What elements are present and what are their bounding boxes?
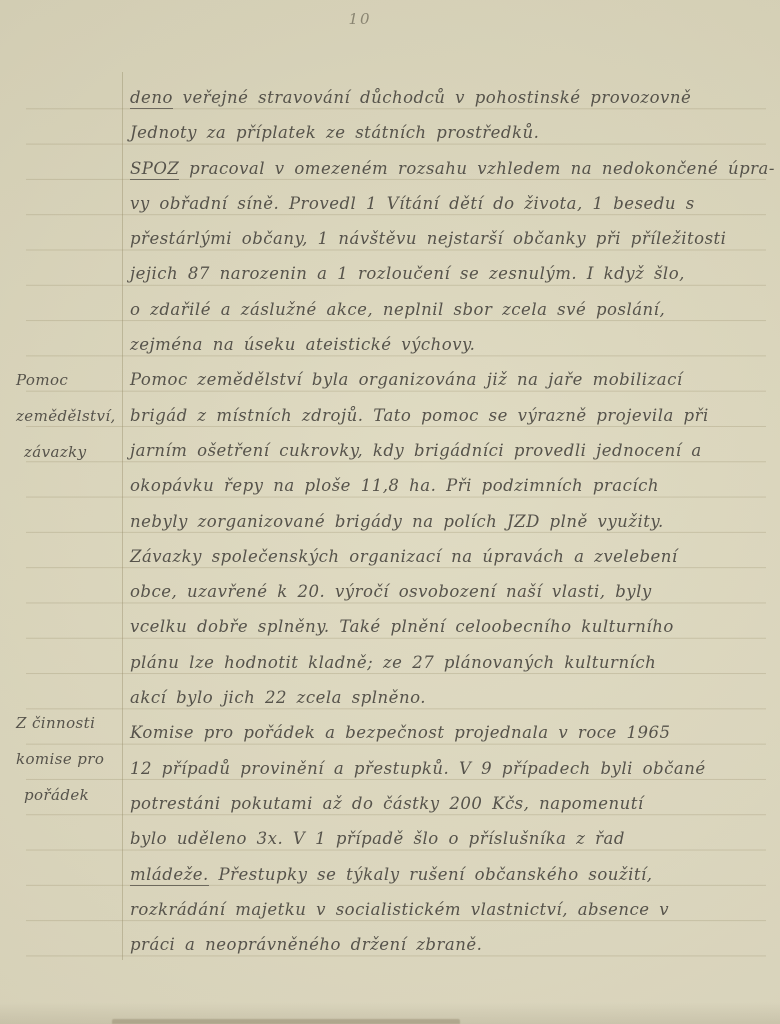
manuscript-line: deno veřejné stravování důchodců v pohos… xyxy=(130,80,770,115)
margin-note: Z činnostikomise propořádek xyxy=(16,705,120,813)
manuscript-line: Jednoty za příplatek ze státních prostře… xyxy=(130,115,770,150)
manuscript-line: brigád z místních zdrojů. Tato pomoc se … xyxy=(130,398,770,433)
manuscript-line: Komise pro pořádek a bezpečnost projedna… xyxy=(130,715,770,750)
manuscript-line: obce, uzavřené k 20. výročí osvobození n… xyxy=(130,574,770,609)
manuscript-line: jejich 87 narozenin a 1 rozloučení se ze… xyxy=(130,256,770,291)
manuscript-body: deno veřejné stravování důchodců v pohos… xyxy=(130,80,770,962)
manuscript-line: jarním ošetření cukrovky, kdy brigádníci… xyxy=(130,433,770,468)
margin-note-line: Z činnosti xyxy=(16,705,120,741)
manuscript-line: plánu lze hodnotit kladně; ze 27 plánova… xyxy=(130,645,770,680)
page-edge-shadow xyxy=(112,1019,460,1024)
manuscript-line: 12 případů provinění a přestupků. V 9 př… xyxy=(130,751,770,786)
manuscript-line: rozkrádání majetku v socialistickém vlas… xyxy=(130,892,770,927)
margin-note-line: pořádek xyxy=(16,777,120,813)
manuscript-line: práci a neoprávněného držení zbraně. xyxy=(130,927,770,962)
margin-note: Pomoczemědělství,závazky xyxy=(16,362,120,470)
manuscript-line: přestárlými občany, 1 návštěvu nejstarší… xyxy=(130,221,770,256)
page-bottom-shade xyxy=(0,1002,780,1024)
underlined-word: SPOZ xyxy=(130,159,179,180)
manuscript-page: 10 Pomoczemědělství,závazkyZ činnostikom… xyxy=(0,0,780,1024)
manuscript-line: Závazky společenských organizací na úpra… xyxy=(130,539,770,574)
margin-note-line: komise pro xyxy=(16,741,120,777)
page-number: 10 xyxy=(340,10,380,28)
manuscript-line: zejména na úseku ateistické výchovy. xyxy=(130,327,770,362)
manuscript-line: SPOZ pracoval v omezeném rozsahu vzhlede… xyxy=(130,151,770,186)
margin-note-line: Pomoc xyxy=(16,362,120,398)
manuscript-line: akcí bylo jich 22 zcela splněno. xyxy=(130,680,770,715)
manuscript-line: Pomoc zemědělství byla organizována již … xyxy=(130,362,770,397)
manuscript-line: mládeže. Přestupky se týkaly rušení obča… xyxy=(130,857,770,892)
underlined-word: mládeže. xyxy=(130,865,209,886)
manuscript-line: bylo uděleno 3x. V 1 případě šlo o přísl… xyxy=(130,821,770,856)
manuscript-line: o zdařilé a záslužné akce, neplnil sbor … xyxy=(130,292,770,327)
manuscript-line: potrestáni pokutami až do částky 200 Kčs… xyxy=(130,786,770,821)
margin-rule-line xyxy=(122,72,123,960)
manuscript-line: nebyly zorganizované brigády na polích J… xyxy=(130,504,770,539)
manuscript-line: okopávku řepy na ploše 11,8 ha. Při podz… xyxy=(130,468,770,503)
manuscript-line: vy obřadní síně. Provedl 1 Vítání dětí d… xyxy=(130,186,770,221)
margin-note-line: zemědělství, xyxy=(16,398,120,434)
underlined-word: deno xyxy=(130,88,173,109)
manuscript-line: vcelku dobře splněny. Také plnění celoob… xyxy=(130,609,770,644)
margin-note-line: závazky xyxy=(16,434,120,470)
